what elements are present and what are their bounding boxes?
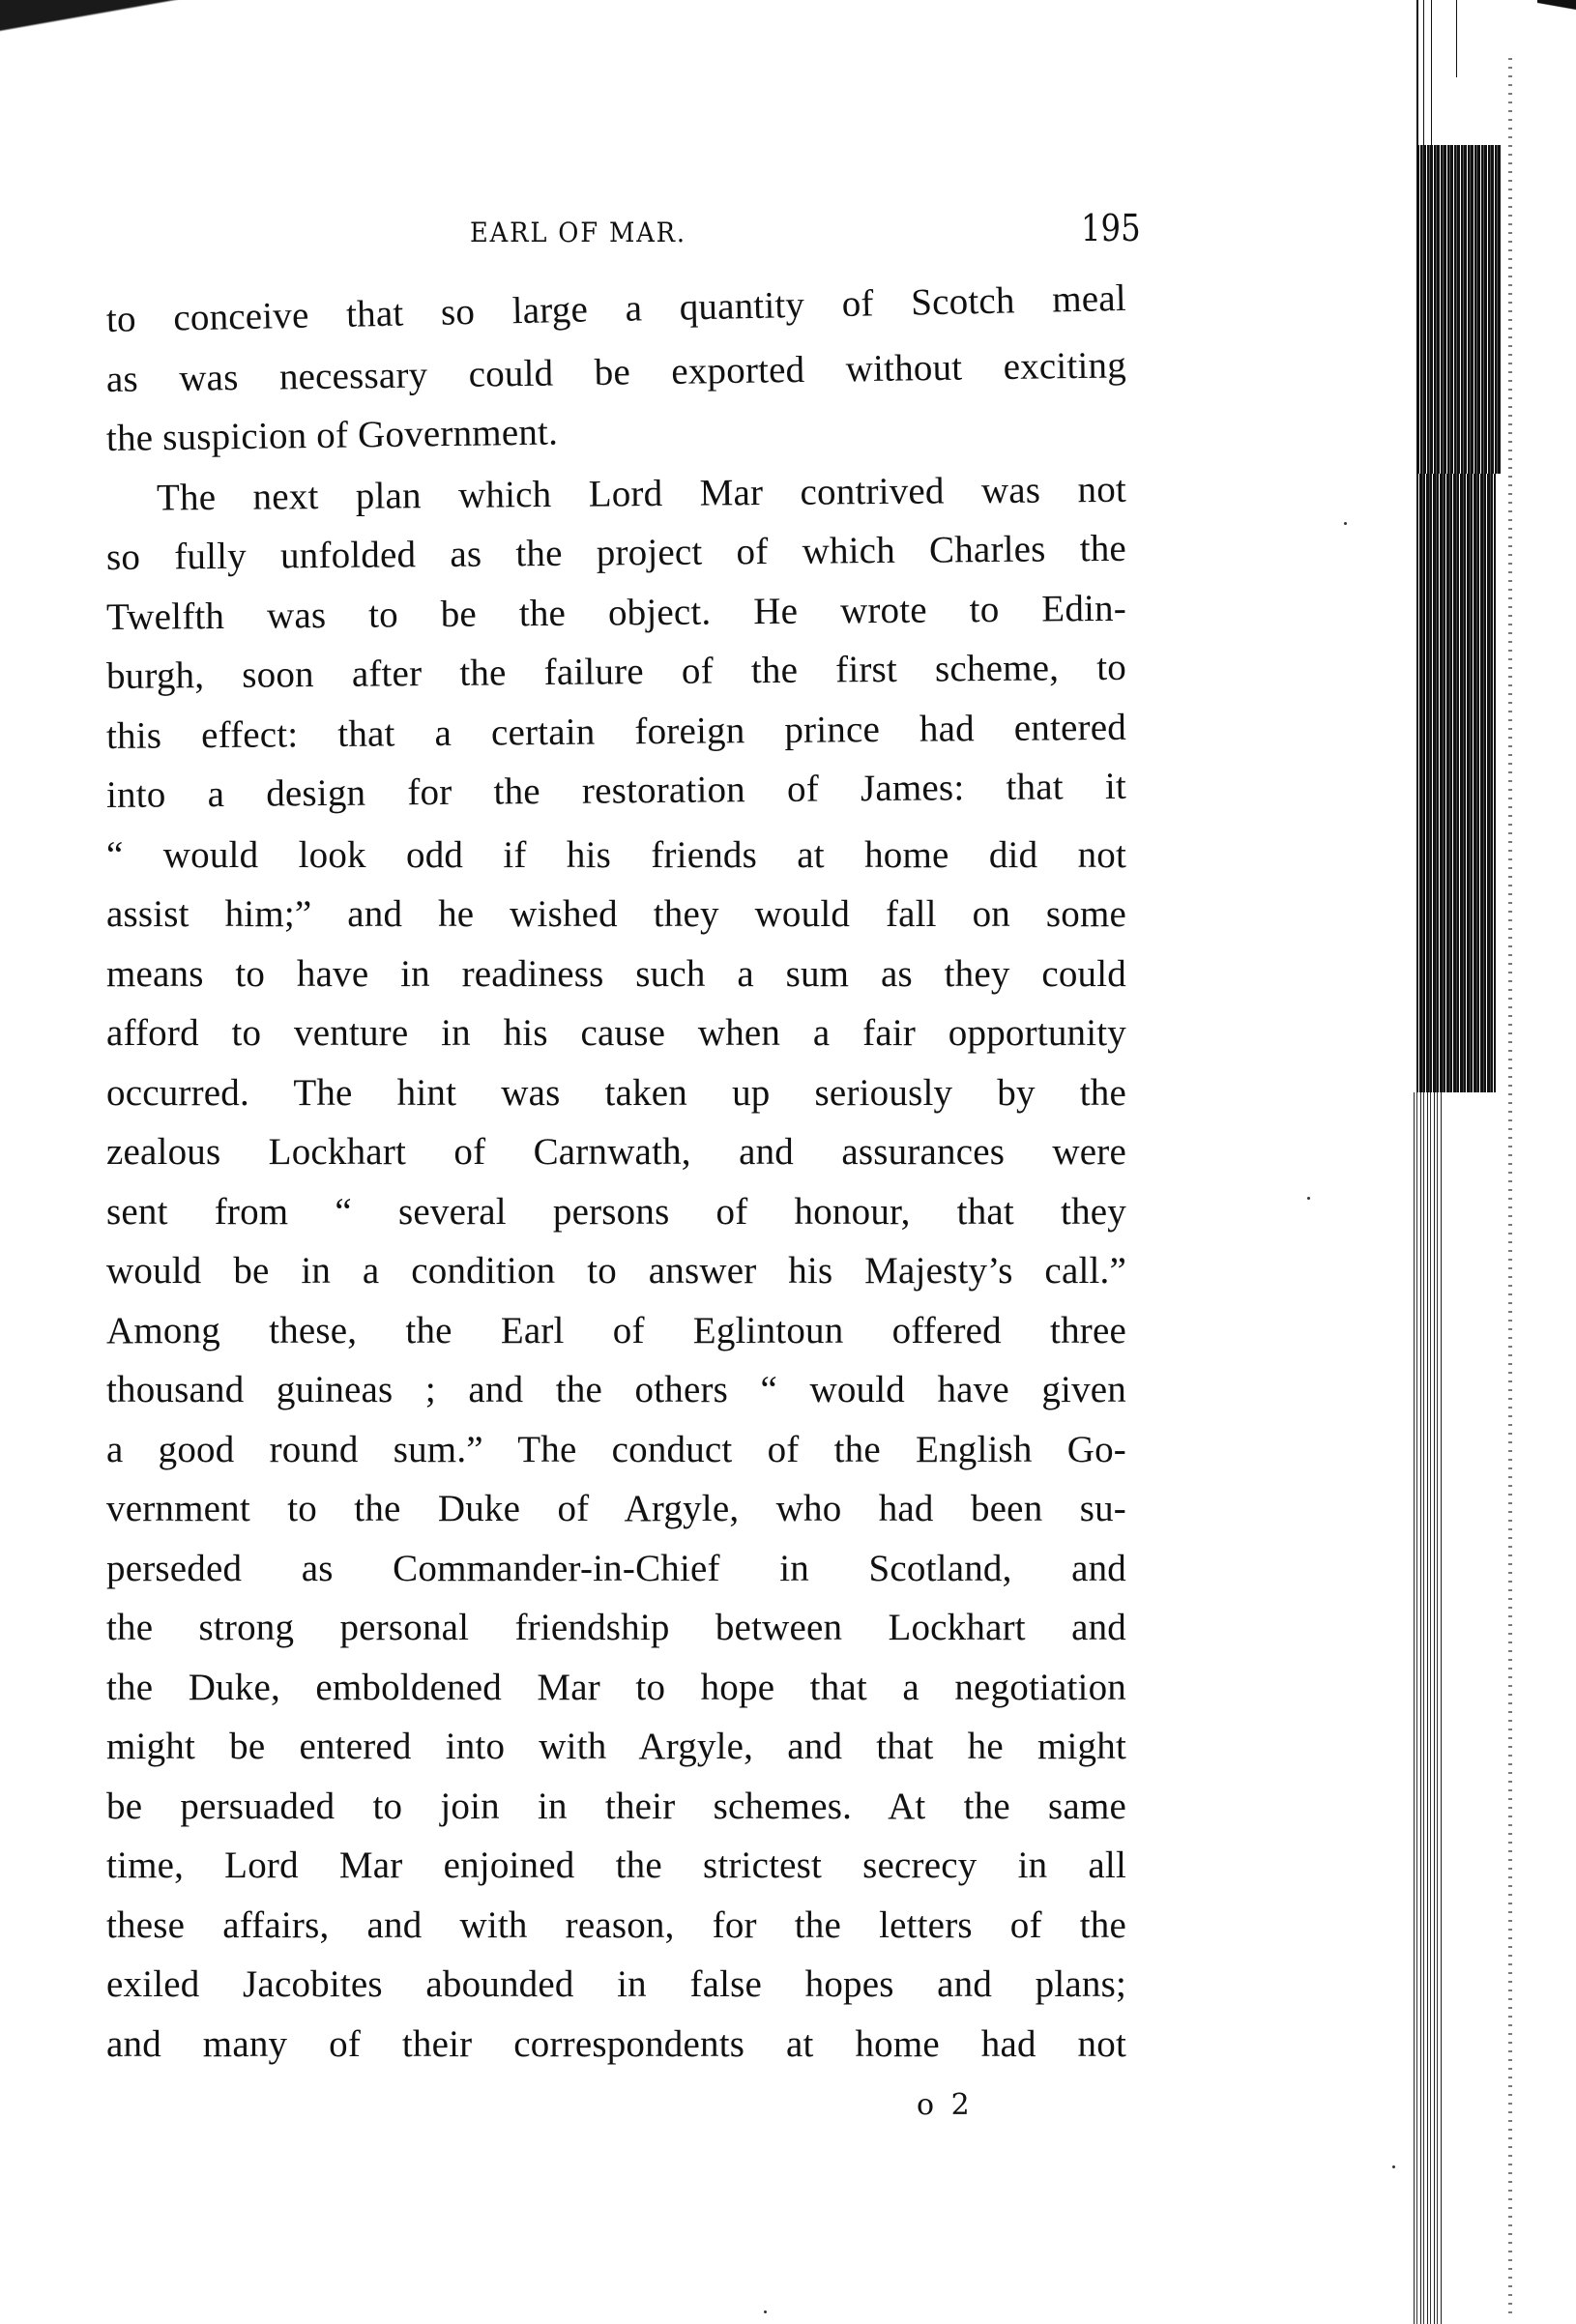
text-line: perseded as Commander-in-Chief in Scotla…	[106, 1539, 1126, 1599]
scanned-book-page: EARL OF MAR. 195 to conceive that so lar…	[0, 0, 1576, 2324]
text-line: means to have in readiness such a sum as…	[106, 944, 1126, 1004]
text-line: as was necessary could be exported witho…	[106, 335, 1127, 409]
page-stack-dense-upper	[1416, 145, 1502, 474]
text-line: these affairs, and with reason, for the …	[106, 1896, 1126, 1956]
text-line: time, Lord Mar enjoined the strictest se…	[106, 1836, 1126, 1896]
scan-corner-shadow	[0, 0, 290, 48]
text-line: The next plan which Lord Mar contrived w…	[106, 459, 1126, 528]
text-line: this effect: that a certain foreign prin…	[106, 697, 1126, 766]
text-line: afford to venture in his cause when a fa…	[106, 1003, 1126, 1063]
text-line: Twelfth was to be the object. He wrote t…	[106, 578, 1126, 647]
text-line: Among these, the Earl of Eglintoun offer…	[106, 1301, 1126, 1361]
text-line: occurred. The hint was taken up seriousl…	[106, 1063, 1126, 1123]
text-line: the strong personal friendship between L…	[106, 1598, 1126, 1658]
text-line: vernment to the Duke of Argyle, who had …	[106, 1479, 1126, 1539]
text-line: and many of their correspondents at home…	[106, 2015, 1126, 2075]
text-line: so fully unfolded as the project of whic…	[106, 519, 1126, 588]
running-title: EARL OF MAR.	[470, 217, 686, 248]
page-stack-dense-lower	[1416, 474, 1496, 1092]
body-text: to conceive that so large a quantity of …	[106, 290, 1126, 2074]
text-line: burgh, soon after the failure of the fir…	[106, 638, 1126, 707]
page-edge-line	[1456, 0, 1457, 77]
text-line: thousand guineas ; and the others “ woul…	[106, 1360, 1126, 1420]
text-line: be persuaded to join in their schemes. A…	[106, 1777, 1126, 1837]
text-line: might be entered into with Argyle, and t…	[106, 1717, 1126, 1777]
scan-corner-shadow-right	[1537, 0, 1576, 14]
text-line: “ would look odd if his friends at home …	[106, 826, 1126, 886]
text-line: the Duke, emboldened Mar to hope that a …	[106, 1658, 1126, 1718]
signature-mark: o 2	[917, 2088, 974, 2122]
text-line: into a design for the restoration of Jam…	[106, 757, 1126, 826]
text-line: sent from “ several persons of honour, t…	[106, 1182, 1126, 1242]
text-line: zealous Lockhart of Carnwath, and assura…	[106, 1122, 1126, 1182]
page-stack-dots	[1508, 58, 1512, 2320]
page-number: 195	[1081, 207, 1141, 249]
text-line: a good round sum.” The conduct of the En…	[106, 1420, 1126, 1480]
text-line: the suspicion of Government.	[106, 400, 719, 468]
running-head: EARL OF MAR. 195	[106, 213, 1122, 251]
scan-speck	[1344, 522, 1347, 525]
scan-speck	[764, 2310, 767, 2313]
text-line: assist him;” and he wished they would fa…	[106, 885, 1126, 944]
page-stack-thin	[1414, 1092, 1443, 2324]
text-line: exiled Jacobites abounded in false hopes…	[106, 1955, 1126, 2015]
scan-speck	[1307, 1197, 1310, 1200]
text-line: would be in a condition to answer his Ma…	[106, 1241, 1126, 1301]
scan-speck	[1392, 2165, 1395, 2168]
